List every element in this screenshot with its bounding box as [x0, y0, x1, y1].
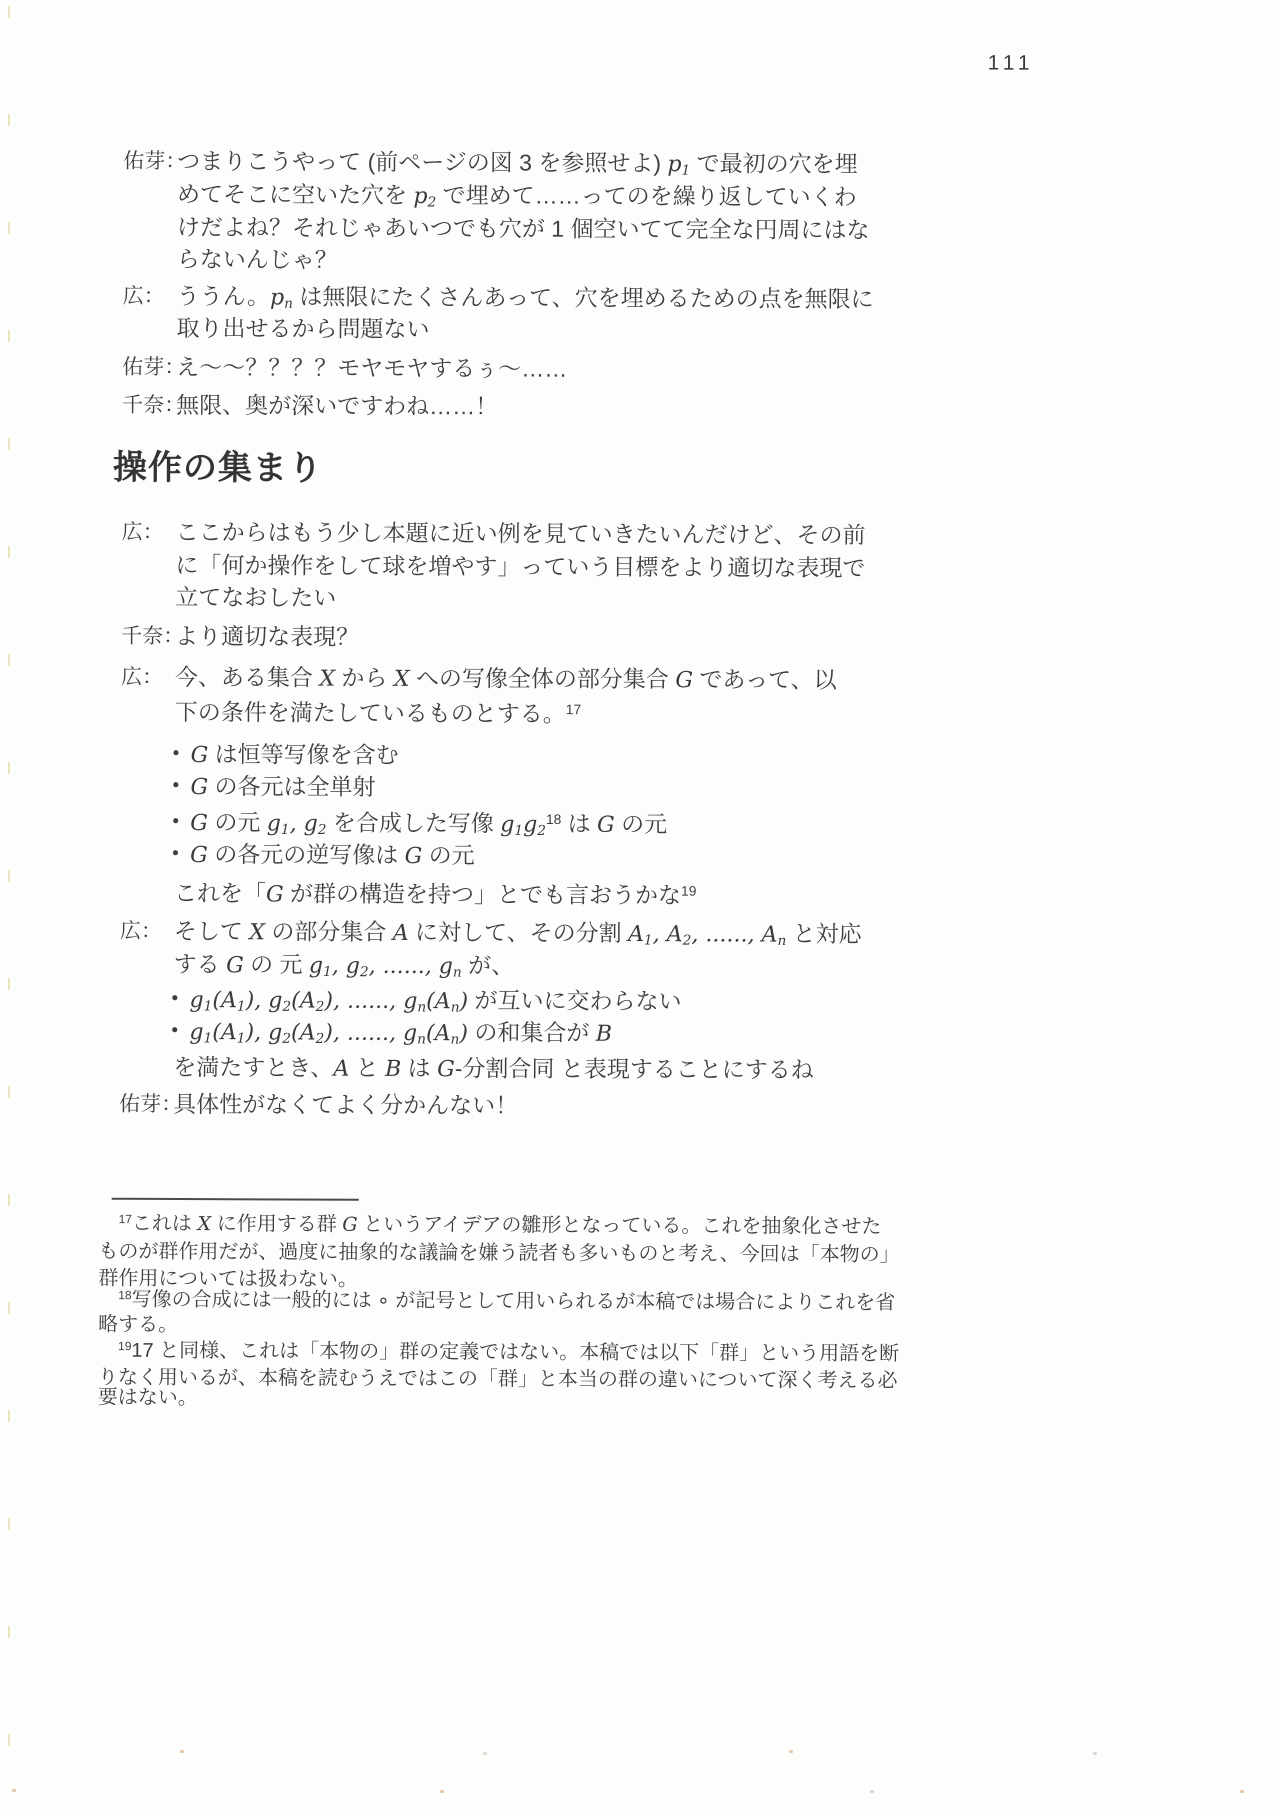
math-expression: B — [596, 1022, 612, 1047]
footnote-line: 略する。 — [98, 1312, 178, 1338]
footnote-marker: 17 — [566, 702, 581, 717]
math-expression: g1, g2, ......, gn — [309, 954, 462, 980]
dialogue-line: •g1(A1), g2(A2), ......, gn(An) が互いに交わらな… — [173, 983, 681, 1017]
math-expression: G — [226, 953, 244, 978]
scanned-book-page: 111 操作の集まり 佑芽：つまりこうやって (前ページの図 3 を参照せよ) … — [0, 0, 1280, 1809]
bullet-icon: • — [173, 738, 180, 770]
footnote-marker: 18 — [118, 1288, 131, 1302]
dialogue-line: 取り出せるから問題ない — [176, 312, 429, 345]
dialogue-line: 立てなおしたい — [175, 581, 336, 614]
math-expression: X — [319, 667, 335, 692]
dialogue-line: 佑芽：え～～？？？？モヤモヤするぅ～…… — [176, 351, 567, 385]
scan-speck — [12, 1789, 16, 1792]
math-expression: G — [266, 882, 284, 907]
footnote-line: 17これは X に作用する群 G というアイデアの雛形となっている。これを抽象化… — [99, 1211, 882, 1240]
math-expression: A — [393, 921, 409, 946]
footnote-marker: 17 — [119, 1212, 132, 1226]
bullet-icon: • — [172, 770, 179, 802]
page-content: 111 操作の集まり 佑芽：つまりこうやって (前ページの図 3 を参照せよ) … — [0, 0, 1280, 1809]
dialogue-line: 佑芽：つまりこうやって (前ページの図 3 を参照せよ) p1 で最初の穴を埋 — [177, 145, 858, 180]
footnote-line: 18写像の合成には一般的には ∘ が記号として用いられるが本稿では場合によりこれ… — [98, 1287, 895, 1316]
speaker-label: 佑芽： — [122, 352, 182, 384]
footnotes-area: 17これは X に作用する群 G というアイデアの雛形となっている。これを抽象化… — [4, 0, 1280, 3]
footnote-line: りなく用いるが、本稿を読むうえではこの「群」と本当の群の違いについて深く考える必 — [98, 1365, 898, 1394]
bullet-icon: • — [172, 806, 179, 838]
footnote-marker: 18 — [546, 812, 561, 827]
dialogue-line: 広：そして X の部分集合 A に対して、その分割 A1, A2, ......… — [174, 915, 862, 950]
math-expression: p2 — [413, 184, 436, 209]
speaker-label: 佑芽： — [123, 146, 183, 178]
dialogue-line: らないんじゃ？ — [177, 243, 338, 276]
math-expression: A — [333, 1057, 349, 1082]
math-expression: G — [437, 1057, 455, 1082]
footnote-marker: 19 — [118, 1339, 131, 1353]
footnote-line: 1917 と同様、これは「本物の」群の定義ではない。本稿では以下「群」という用語… — [98, 1338, 899, 1367]
scan-speck — [870, 1790, 874, 1793]
speaker-label: 広： — [120, 916, 180, 948]
scan-speck — [1240, 1790, 1244, 1793]
math-expression: g1, g2 — [267, 811, 327, 836]
dialogue-line: 広：ここからはもう少し本題に近い例を見ていきたいんだけど、その前 — [176, 516, 866, 551]
dialogue-line: 佑芽：具体性がなくてよく分かんない！ — [173, 1088, 518, 1122]
math-expression: g1g2 — [500, 812, 546, 837]
math-expression: X — [197, 1212, 211, 1235]
section-heading: 操作の集まり — [113, 448, 323, 490]
footnote-separator-rule — [112, 1198, 359, 1201]
math-expression: g1(A1), g2(A2), ......, gn(An) — [189, 1020, 468, 1046]
math-expression: G — [342, 1213, 357, 1236]
math-expression: G — [191, 743, 209, 768]
footnote-line: ものが群作用だが、過度に抽象的な議論を嫌う読者も多いものと考え、今回は「本物の」 — [98, 1239, 899, 1268]
footnote-marker: 19 — [681, 884, 696, 899]
math-expression: X — [249, 920, 265, 945]
math-expression: B — [385, 1057, 401, 1082]
dialogue-line: を満たすとき、A と B は G-分割合同 と表現することにするね — [173, 1051, 814, 1086]
math-expression: X — [394, 667, 410, 692]
page-number: 111 — [988, 52, 1035, 76]
dialogue-line: 下の条件を満たしているものとする。17 — [175, 696, 581, 730]
footnote-line: 要はない。 — [98, 1385, 198, 1411]
math-expression: g1(A1), g2(A2), ......, gn(An) — [190, 988, 469, 1014]
dialogue-line: 広：今、ある集合 X から X への写像全体の部分集合 G であって、以 — [175, 661, 837, 696]
math-expression: pn — [270, 285, 293, 310]
math-expression: G — [190, 775, 208, 800]
dialogue-line: する G の 元 g1, g2, ......, gn が、 — [174, 948, 515, 981]
scan-speck — [440, 1790, 444, 1793]
scan-speck — [1093, 1752, 1097, 1755]
math-expression: A1, A2, ......, An — [628, 922, 786, 948]
math-expression: G — [405, 844, 423, 869]
dialogue-line: これを「G が群の構造を持つ」とでも言おうかな19 — [174, 877, 697, 911]
speaker-label: 千奈： — [122, 390, 182, 422]
dialogue-line: めてそこに空いた穴を p2 で埋めて……ってのを繰り返していくわ — [177, 178, 857, 213]
dialogue-line: •G は恒等写像を含む — [175, 738, 399, 771]
scan-speck — [180, 1750, 184, 1753]
speaker-label: 千奈： — [121, 621, 181, 653]
bullet-icon: • — [172, 838, 179, 870]
math-expression: G — [190, 843, 208, 868]
dialogue-line: •G の元 g1, g2 を合成した写像 g1g218 は G の元 — [174, 806, 667, 840]
bullet-icon: • — [171, 1015, 178, 1047]
math-expression: G — [597, 813, 615, 838]
dialogue-line: けだよね？それじゃあいつでも穴が 1 個空いてて完全な円周にはな — [177, 211, 870, 246]
dialogue-line: •g1(A1), g2(A2), ......, gn(An) の和集合が B — [173, 1015, 612, 1049]
scan-speck — [483, 1752, 487, 1755]
bullet-icon: • — [171, 983, 178, 1015]
math-expression: G — [190, 811, 208, 836]
math-expression: G — [675, 668, 693, 693]
dialogue-line: •G の各元は全単射 — [174, 770, 375, 803]
dialogue-line: •G の各元の逆写像は G の元 — [174, 838, 475, 871]
dialogue-line: 千奈：無限、奥が深いですわね……！ — [176, 389, 498, 422]
speaker-label: 広： — [121, 662, 181, 694]
dialogue-area: 佑芽：つまりこうやって (前ページの図 3 を参照せよ) p1 で最初の穴を埋め… — [4, 0, 1280, 3]
scan-speck — [789, 1750, 793, 1753]
math-expression: p1 — [667, 152, 690, 177]
speaker-label: 広： — [123, 281, 183, 313]
dialogue-line: 広：ううん。pn は無限にたくさんあって、穴を埋めるための点を無限に — [177, 280, 874, 315]
dialogue-line: 千奈：より適切な表現？ — [175, 620, 359, 653]
dialogue-line: に「何か操作をして球を増やす」っていう目標をより適切な表現で — [175, 549, 865, 584]
speaker-label: 佑芽： — [119, 1089, 179, 1121]
speaker-label: 広： — [122, 517, 182, 549]
